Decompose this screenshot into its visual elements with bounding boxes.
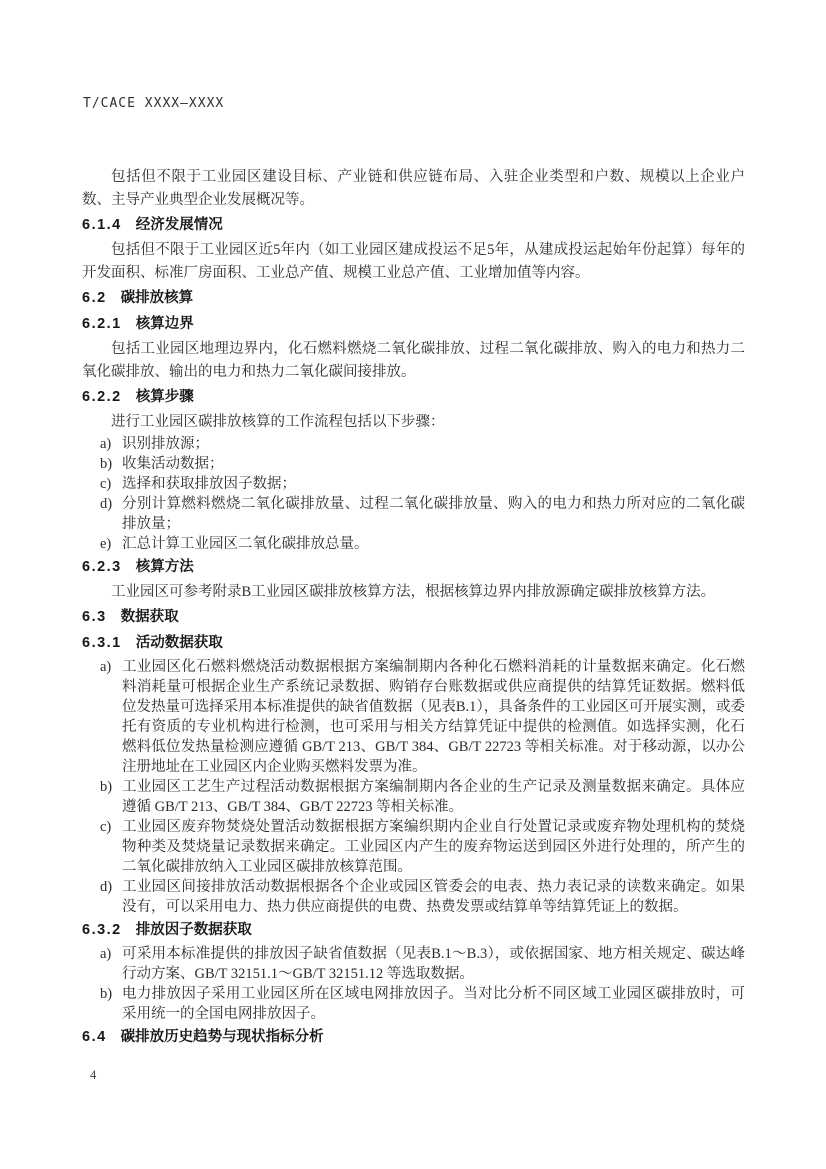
- list-text: 收集活动数据；: [122, 454, 745, 474]
- section-heading-6.2.1: 6.2.1核算边界: [82, 312, 745, 336]
- section-heading-6.3: 6.3数据获取: [82, 605, 745, 629]
- list-text: 可采用本标准提供的排放因子缺省值数据（见表B.1～B.3），或依据国家、地方相关…: [122, 944, 745, 984]
- body-paragraph: 包括但不限于工业园区近5年内（如工业园区建成投运不足5年，从建成投运起始年份起算…: [82, 239, 745, 285]
- list-item: a)工业园区化石燃料燃烧活动数据根据方案编制期内各种化石燃料消耗的计量数据来确定…: [82, 657, 745, 777]
- heading-number: 6.3.1: [82, 631, 122, 655]
- list-marker: d): [100, 494, 122, 514]
- lettered-list: a)可采用本标准提供的排放因子缺省值数据（见表B.1～B.3），或依据国家、地方…: [82, 944, 745, 1024]
- list-text: 选择和获取排放因子数据；: [122, 474, 745, 494]
- section-heading-6.4: 6.4碳排放历史趋势与现状指标分析: [82, 1025, 745, 1049]
- list-text: 分别计算燃料燃烧二氧化碳排放量、过程二氧化碳排放量、购入的电力和热力所对应的二氧…: [122, 494, 745, 534]
- list-marker: b): [100, 984, 122, 1004]
- heading-number: 6.1.4: [82, 213, 122, 237]
- lettered-list: a)识别排放源；b)收集活动数据；c)选择和获取排放因子数据；d)分别计算燃料燃…: [82, 434, 745, 554]
- list-item: c)工业园区废弃物焚烧处置活动数据根据方案编织期内企业自行处置记录或废弃物处理机…: [82, 817, 745, 877]
- heading-title: 活动数据获取: [136, 635, 223, 651]
- heading-number: 6.3.2: [82, 918, 122, 942]
- list-marker: d): [100, 877, 122, 897]
- heading-title: 经济发展情况: [136, 217, 223, 233]
- section-heading-6.2: 6.2碳排放核算: [82, 286, 745, 310]
- list-text: 电力排放因子采用工业园区所在区域电网排放因子。当对比分析不同区域工业园区碳排放时…: [122, 984, 745, 1024]
- list-item: d)分别计算燃料燃烧二氧化碳排放量、过程二氧化碳排放量、购入的电力和热力所对应的…: [82, 494, 745, 534]
- heading-title: 核算方法: [136, 559, 194, 575]
- section-heading-6.2.2: 6.2.2核算步骤: [82, 385, 745, 409]
- list-text: 汇总计算工业园区二氧化碳排放总量。: [122, 534, 745, 554]
- lettered-list: a)工业园区化石燃料燃烧活动数据根据方案编制期内各种化石燃料消耗的计量数据来确定…: [82, 657, 745, 917]
- section-heading-6.2.3: 6.2.3核算方法: [82, 555, 745, 579]
- list-item: b)电力排放因子采用工业园区所在区域电网排放因子。当对比分析不同区域工业园区碳排…: [82, 984, 745, 1024]
- list-text: 工业园区废弃物焚烧处置活动数据根据方案编织期内企业自行处置记录或废弃物处理机构的…: [122, 817, 745, 877]
- section-heading-6.1.4: 6.1.4经济发展情况: [82, 213, 745, 237]
- heading-number: 6.3: [82, 605, 107, 629]
- body-paragraph: 进行工业园区碳排放核算的工作流程包括以下步骤：: [82, 411, 745, 434]
- heading-number: 6.2.1: [82, 312, 122, 336]
- list-marker: e): [100, 534, 122, 554]
- heading-title: 排放因子数据获取: [136, 922, 252, 938]
- body-paragraph: 包括工业园区地理边界内，化石燃料燃烧二氧化碳排放、过程二氧化碳排放、购入的电力和…: [82, 338, 745, 384]
- list-item: a)可采用本标准提供的排放因子缺省值数据（见表B.1～B.3），或依据国家、地方…: [82, 944, 745, 984]
- heading-title: 碳排放历史趋势与现状指标分析: [121, 1029, 324, 1045]
- list-marker: c): [100, 474, 122, 494]
- page-number: 4: [90, 1068, 96, 1083]
- list-text: 工业园区间接排放活动数据根据各个企业或园区管委会的电表、热力表记录的读数来确定。…: [122, 877, 745, 917]
- list-item: c)选择和获取排放因子数据；: [82, 474, 745, 494]
- list-item: d)工业园区间接排放活动数据根据各个企业或园区管委会的电表、热力表记录的读数来确…: [82, 877, 745, 917]
- document-header: T/CACE XXXX—XXXX: [83, 96, 224, 111]
- list-marker: b): [100, 777, 122, 797]
- heading-number: 6.2.3: [82, 555, 122, 579]
- body-paragraph: 包括但不限于工业园区建设目标、产业链和供应链布局、入驻企业类型和户数、规模以上企…: [82, 166, 745, 212]
- heading-title: 核算边界: [136, 316, 194, 332]
- list-item: b)工业园区工艺生产过程活动数据根据方案编制期内各企业的生产记录及测量数据来确定…: [82, 777, 745, 817]
- heading-number: 6.2.2: [82, 385, 122, 409]
- list-text: 工业园区化石燃料燃烧活动数据根据方案编制期内各种化石燃料消耗的计量数据来确定。化…: [122, 657, 745, 777]
- list-marker: a): [100, 434, 122, 454]
- heading-title: 核算步骤: [136, 389, 194, 405]
- document-page: T/CACE XXXX—XXXX 包括但不限于工业园区建设目标、产业链和供应链布…: [0, 0, 826, 1169]
- list-marker: b): [100, 454, 122, 474]
- section-heading-6.3.1: 6.3.1活动数据获取: [82, 631, 745, 655]
- document-content: 包括但不限于工业园区建设目标、产业链和供应链布局、入驻企业类型和户数、规模以上企…: [82, 166, 745, 1051]
- list-marker: c): [100, 817, 122, 837]
- heading-number: 6.4: [82, 1025, 107, 1049]
- heading-title: 数据获取: [121, 609, 179, 625]
- list-marker: a): [100, 944, 122, 964]
- list-marker: a): [100, 657, 122, 677]
- body-paragraph: 工业园区可参考附录B工业园区碳排放核算方法，根据核算边界内排放源确定碳排放核算方…: [82, 581, 745, 604]
- list-item: a)识别排放源；: [82, 434, 745, 454]
- list-text: 工业园区工艺生产过程活动数据根据方案编制期内各企业的生产记录及测量数据来确定。具…: [122, 777, 745, 817]
- section-heading-6.3.2: 6.3.2排放因子数据获取: [82, 918, 745, 942]
- heading-number: 6.2: [82, 286, 107, 310]
- heading-title: 碳排放核算: [121, 290, 194, 306]
- list-item: b)收集活动数据；: [82, 454, 745, 474]
- list-text: 识别排放源；: [122, 434, 745, 454]
- list-item: e)汇总计算工业园区二氧化碳排放总量。: [82, 534, 745, 554]
